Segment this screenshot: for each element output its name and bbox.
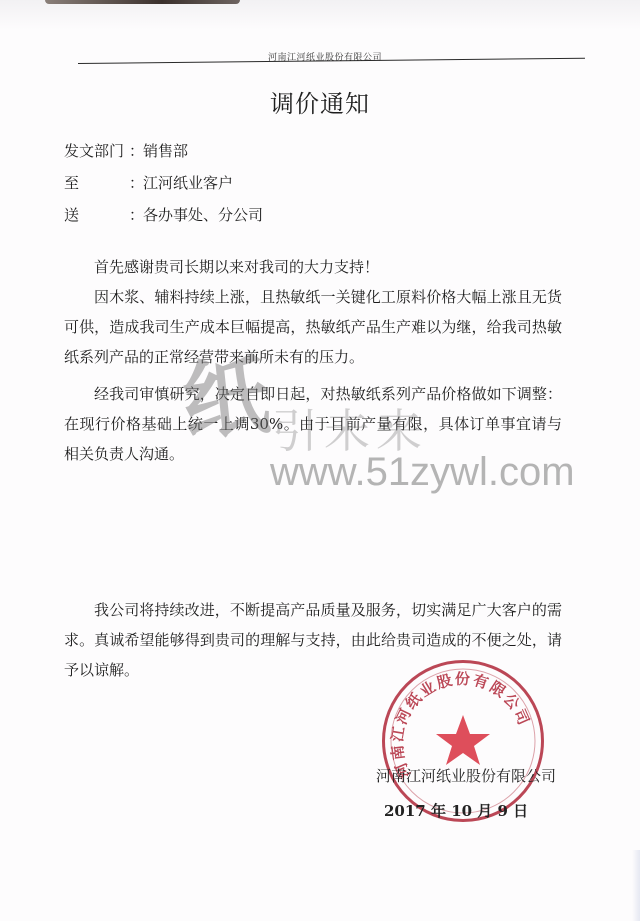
meta-label: 发文部门 (64, 140, 129, 161)
meta-separator: ： (129, 172, 143, 193)
photo-bottom-edge (632, 850, 640, 921)
watermark-url: www.51zywl.com (270, 450, 575, 495)
company-seal: 河南江河纸业股份有限公司 (382, 660, 544, 822)
photo-edge-object (45, 0, 240, 4)
meta-value: 销售部 (143, 142, 188, 160)
body-section-intro: 首先感谢贵司长期以来对我司的大力支持！ 因木浆、辅料持续上涨，且热敏纸一关键化工… (64, 252, 562, 372)
seal-star-icon: 河南江河纸业股份有限公司 (385, 663, 541, 819)
meta-value: 江河纸业客户 (143, 174, 233, 192)
meta-issuing-department: 发文部门：销售部 (64, 140, 188, 161)
paragraph-reason: 因木浆、辅料持续上涨，且热敏纸一关键化工原料价格大幅上涨且无货可供，造成我司生产… (64, 282, 562, 372)
watermark-glyph: 纸 (176, 326, 274, 458)
meta-cc: 送：各办事处、分公司 (64, 204, 263, 225)
signature-company: 河南江河纸业股份有限公司 (376, 765, 556, 786)
signature-date: 2017 年 10 月 9 日 (384, 800, 528, 821)
meta-separator: ： (129, 140, 143, 161)
meta-label: 至 (64, 172, 129, 193)
meta-label: 送 (64, 204, 129, 225)
meta-recipient: 至：江河纸业客户 (64, 172, 233, 193)
document-title: 调价通知 (0, 84, 640, 119)
meta-value: 各办事处、分公司 (143, 206, 263, 224)
meta-separator: ： (129, 204, 143, 225)
photo-top-shadow (0, 0, 640, 30)
paragraph-thanks: 首先感谢贵司长期以来对我司的大力支持！ (64, 252, 562, 282)
